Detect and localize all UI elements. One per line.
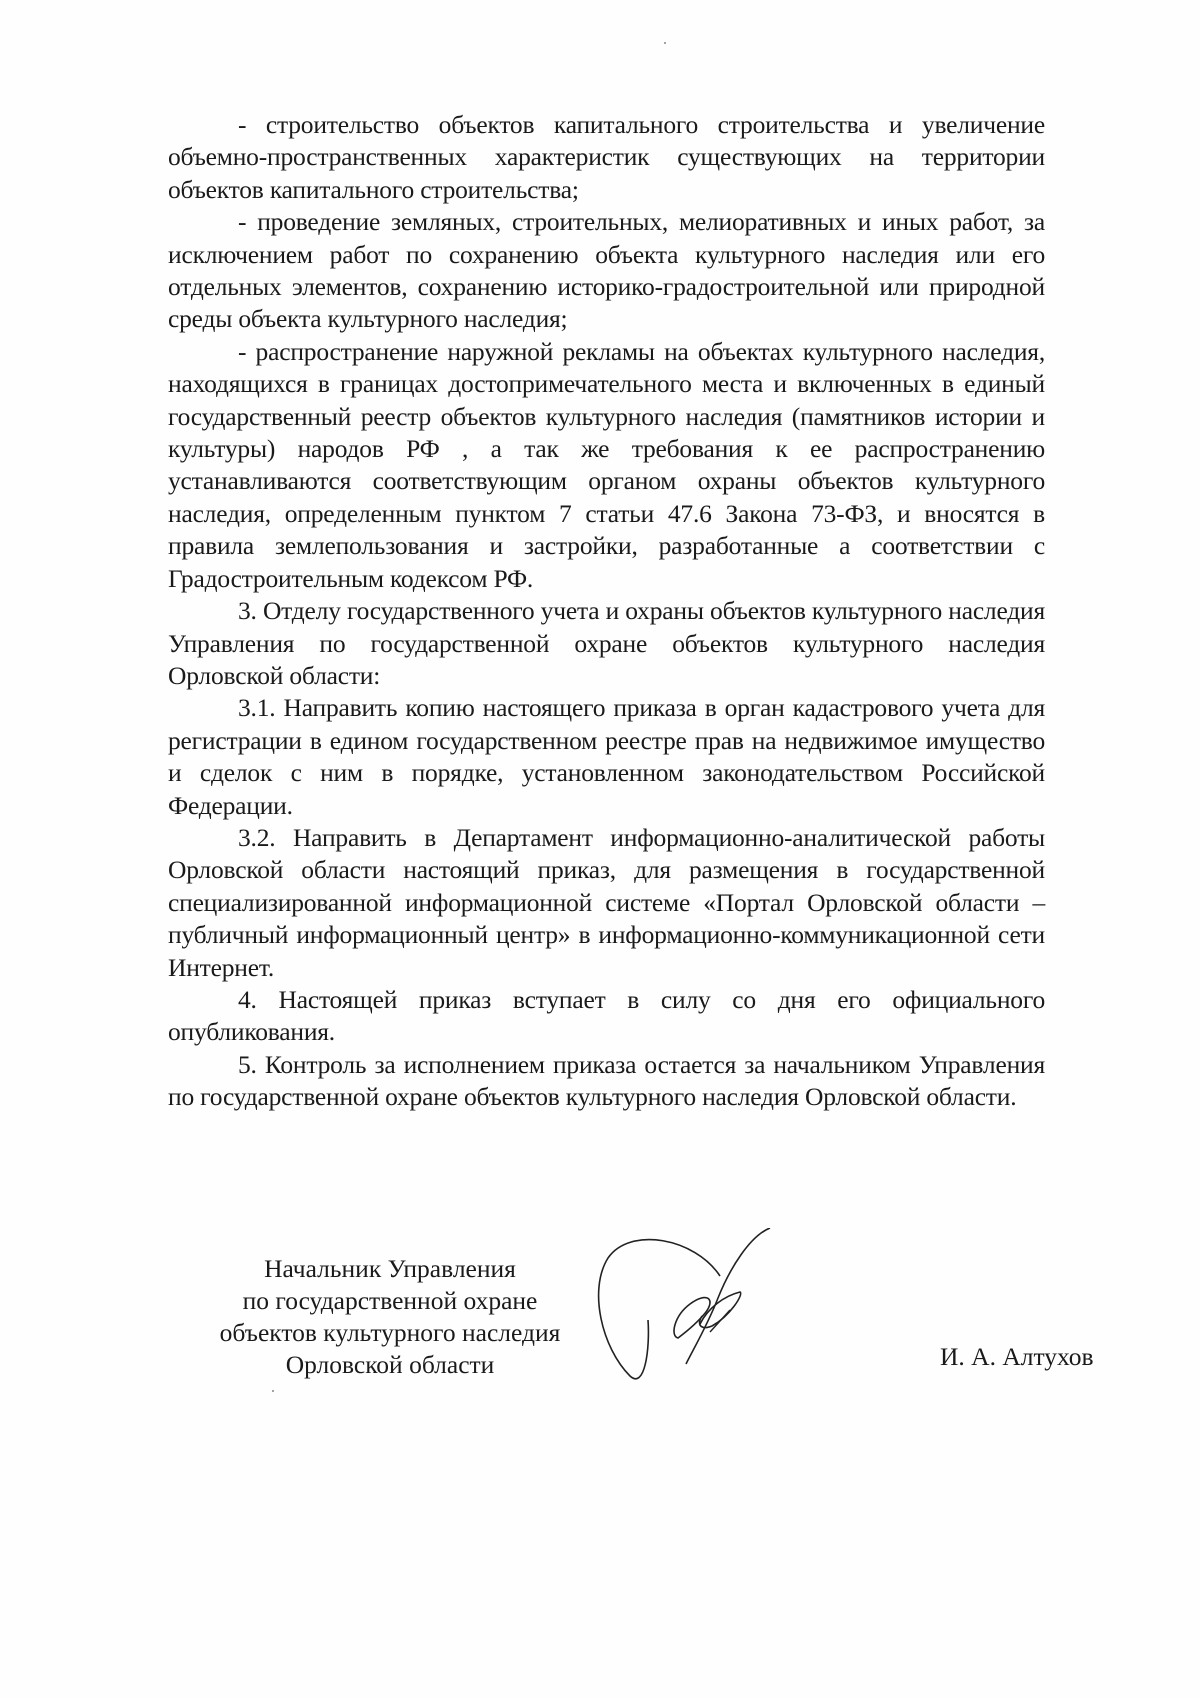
paragraph-construction-ban: - строительство объектов капитального ст… — [168, 109, 1045, 206]
signer-title-line-2: по государственной охране — [180, 1285, 600, 1317]
paragraph-earthworks-ban: - проведение земляных, строительных, мел… — [168, 206, 1045, 336]
scan-speck — [272, 1390, 274, 1392]
signer-title-line-4: Орловской области — [180, 1349, 600, 1381]
signer-name: И. А. Алтухов — [940, 1341, 1094, 1373]
paragraph-item-5: 5. Контроль за исполнением приказа остае… — [168, 1049, 1045, 1114]
signer-title-block: Начальник Управления по государственной … — [180, 1253, 600, 1381]
document-body: - строительство объектов капитального ст… — [168, 109, 1045, 1114]
signer-title-line-3: объектов культурного наследия — [180, 1317, 600, 1349]
paragraph-advertising: - распространение наружной рекламы на об… — [168, 336, 1045, 595]
document-page: - строительство объектов капитального ст… — [0, 0, 1200, 1697]
paragraph-item-3: 3. Отделу государственного учета и охран… — [168, 595, 1045, 692]
paragraph-item-3-2: 3.2. Направить в Департамент информацион… — [168, 822, 1045, 984]
signer-title-line-1: Начальник Управления — [180, 1253, 600, 1285]
paragraph-item-4: 4. Настоящей приказ вступает в силу со д… — [168, 984, 1045, 1049]
handwritten-signature-icon — [590, 1228, 840, 1388]
paragraph-item-3-1: 3.1. Направить копию настоящего приказа … — [168, 692, 1045, 822]
scan-speck — [664, 42, 666, 44]
